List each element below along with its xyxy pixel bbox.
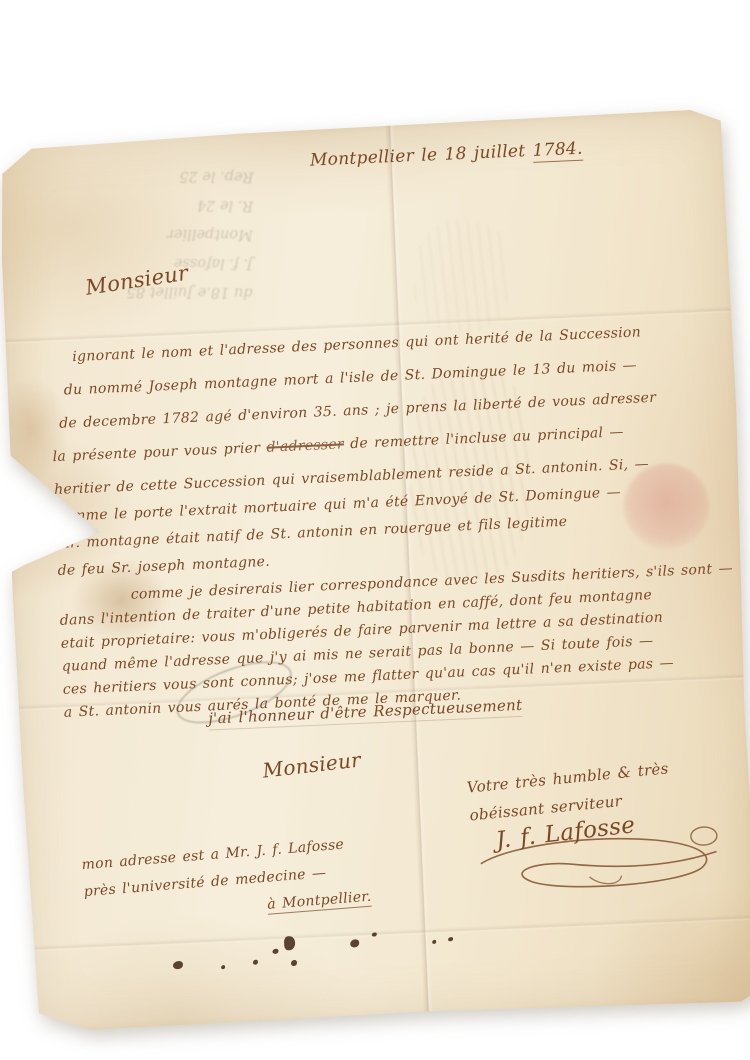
scanned-letter-page: du 18.e Juillet 85 J. f. lafosse Montpel… (0, 0, 750, 1060)
ink-blot (284, 936, 296, 950)
dateline-year: 1784. (532, 139, 583, 163)
valediction: Votre très humble & très obéissant servi… (466, 754, 673, 829)
ink-blot (173, 961, 183, 969)
letter-body: ignorant le nom et l'adresse des personn… (48, 321, 724, 727)
ink-blots (164, 919, 496, 997)
paper-shadow: du 18.e Juillet 85 J. f. lafosse Montpel… (0, 0, 750, 1060)
letter-paper: du 18.e Juillet 85 J. f. lafosse Montpel… (0, 108, 750, 1034)
ink-blot (272, 949, 278, 954)
ink-blot (448, 937, 453, 941)
dateline-place: Montpellier le 18 juillet (310, 141, 534, 171)
address-note: mon adresse est a Mr. J. f. Lafosse près… (81, 830, 373, 933)
docket-line: Montpellier (11, 217, 253, 248)
ink-blot (221, 965, 225, 969)
docket-line: R. le 24 (11, 188, 253, 219)
struck-out-word: d'adresser (266, 436, 344, 455)
ink-blot (291, 960, 297, 966)
signature-flourish (468, 823, 731, 906)
ink-blot (350, 939, 359, 947)
ink-blot (372, 932, 377, 936)
docket-line: Rep. le 25 (11, 159, 253, 190)
ink-blot (253, 960, 258, 965)
salutation-mid: Monsieur (261, 748, 362, 783)
address-city: à Montpellier. (267, 889, 373, 915)
dateline: Montpellier le 18 juillet 1784. (310, 139, 584, 171)
ink-blot (432, 940, 436, 944)
